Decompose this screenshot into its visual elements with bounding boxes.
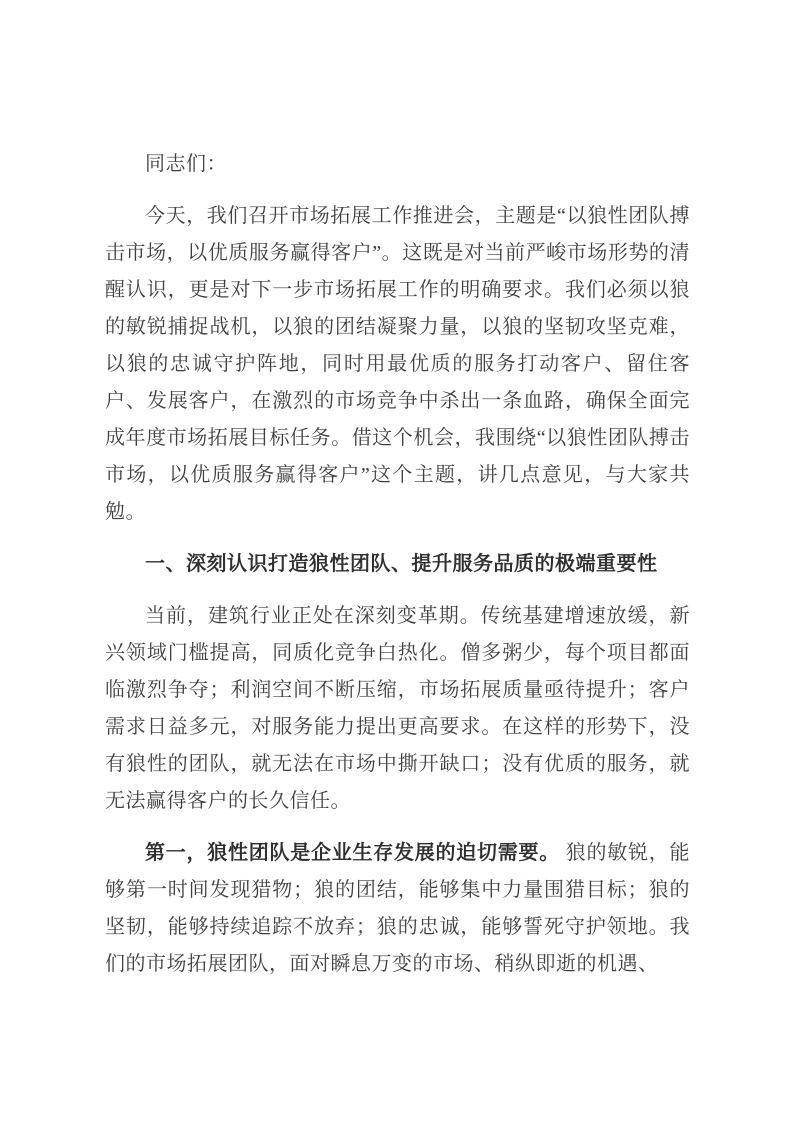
paragraph-point1: 第一，狼性团队是企业生存发展的迫切需要。 狼的敏锐，能够第一时间发现猎物；狼的团…: [105, 835, 690, 983]
salutation: 同志们：: [105, 146, 690, 183]
document-body: 同志们： 今天，我们召开市场拓展工作推进会，主题是“以狼性团队搏击市场，以优质服…: [105, 146, 690, 983]
point1-lead-bold: 第一，狼性团队是企业生存发展的迫切需要。: [145, 842, 560, 864]
paragraph-situation: 当前，建筑行业正处在深刻变革期。传统基建增速放缓，新兴领域门槛提高，同质化竞争白…: [105, 598, 690, 820]
document-page: 同志们： 今天，我们召开市场拓展工作推进会，主题是“以狼性团队搏击市场，以优质服…: [0, 0, 793, 1122]
section-heading-1: 一、深刻认识打造狼性团队、提升服务品质的极端重要性: [105, 546, 690, 583]
paragraph-intro: 今天，我们召开市场拓展工作推进会，主题是“以狼性团队搏击市场，以优质服务赢得客户…: [105, 198, 690, 531]
